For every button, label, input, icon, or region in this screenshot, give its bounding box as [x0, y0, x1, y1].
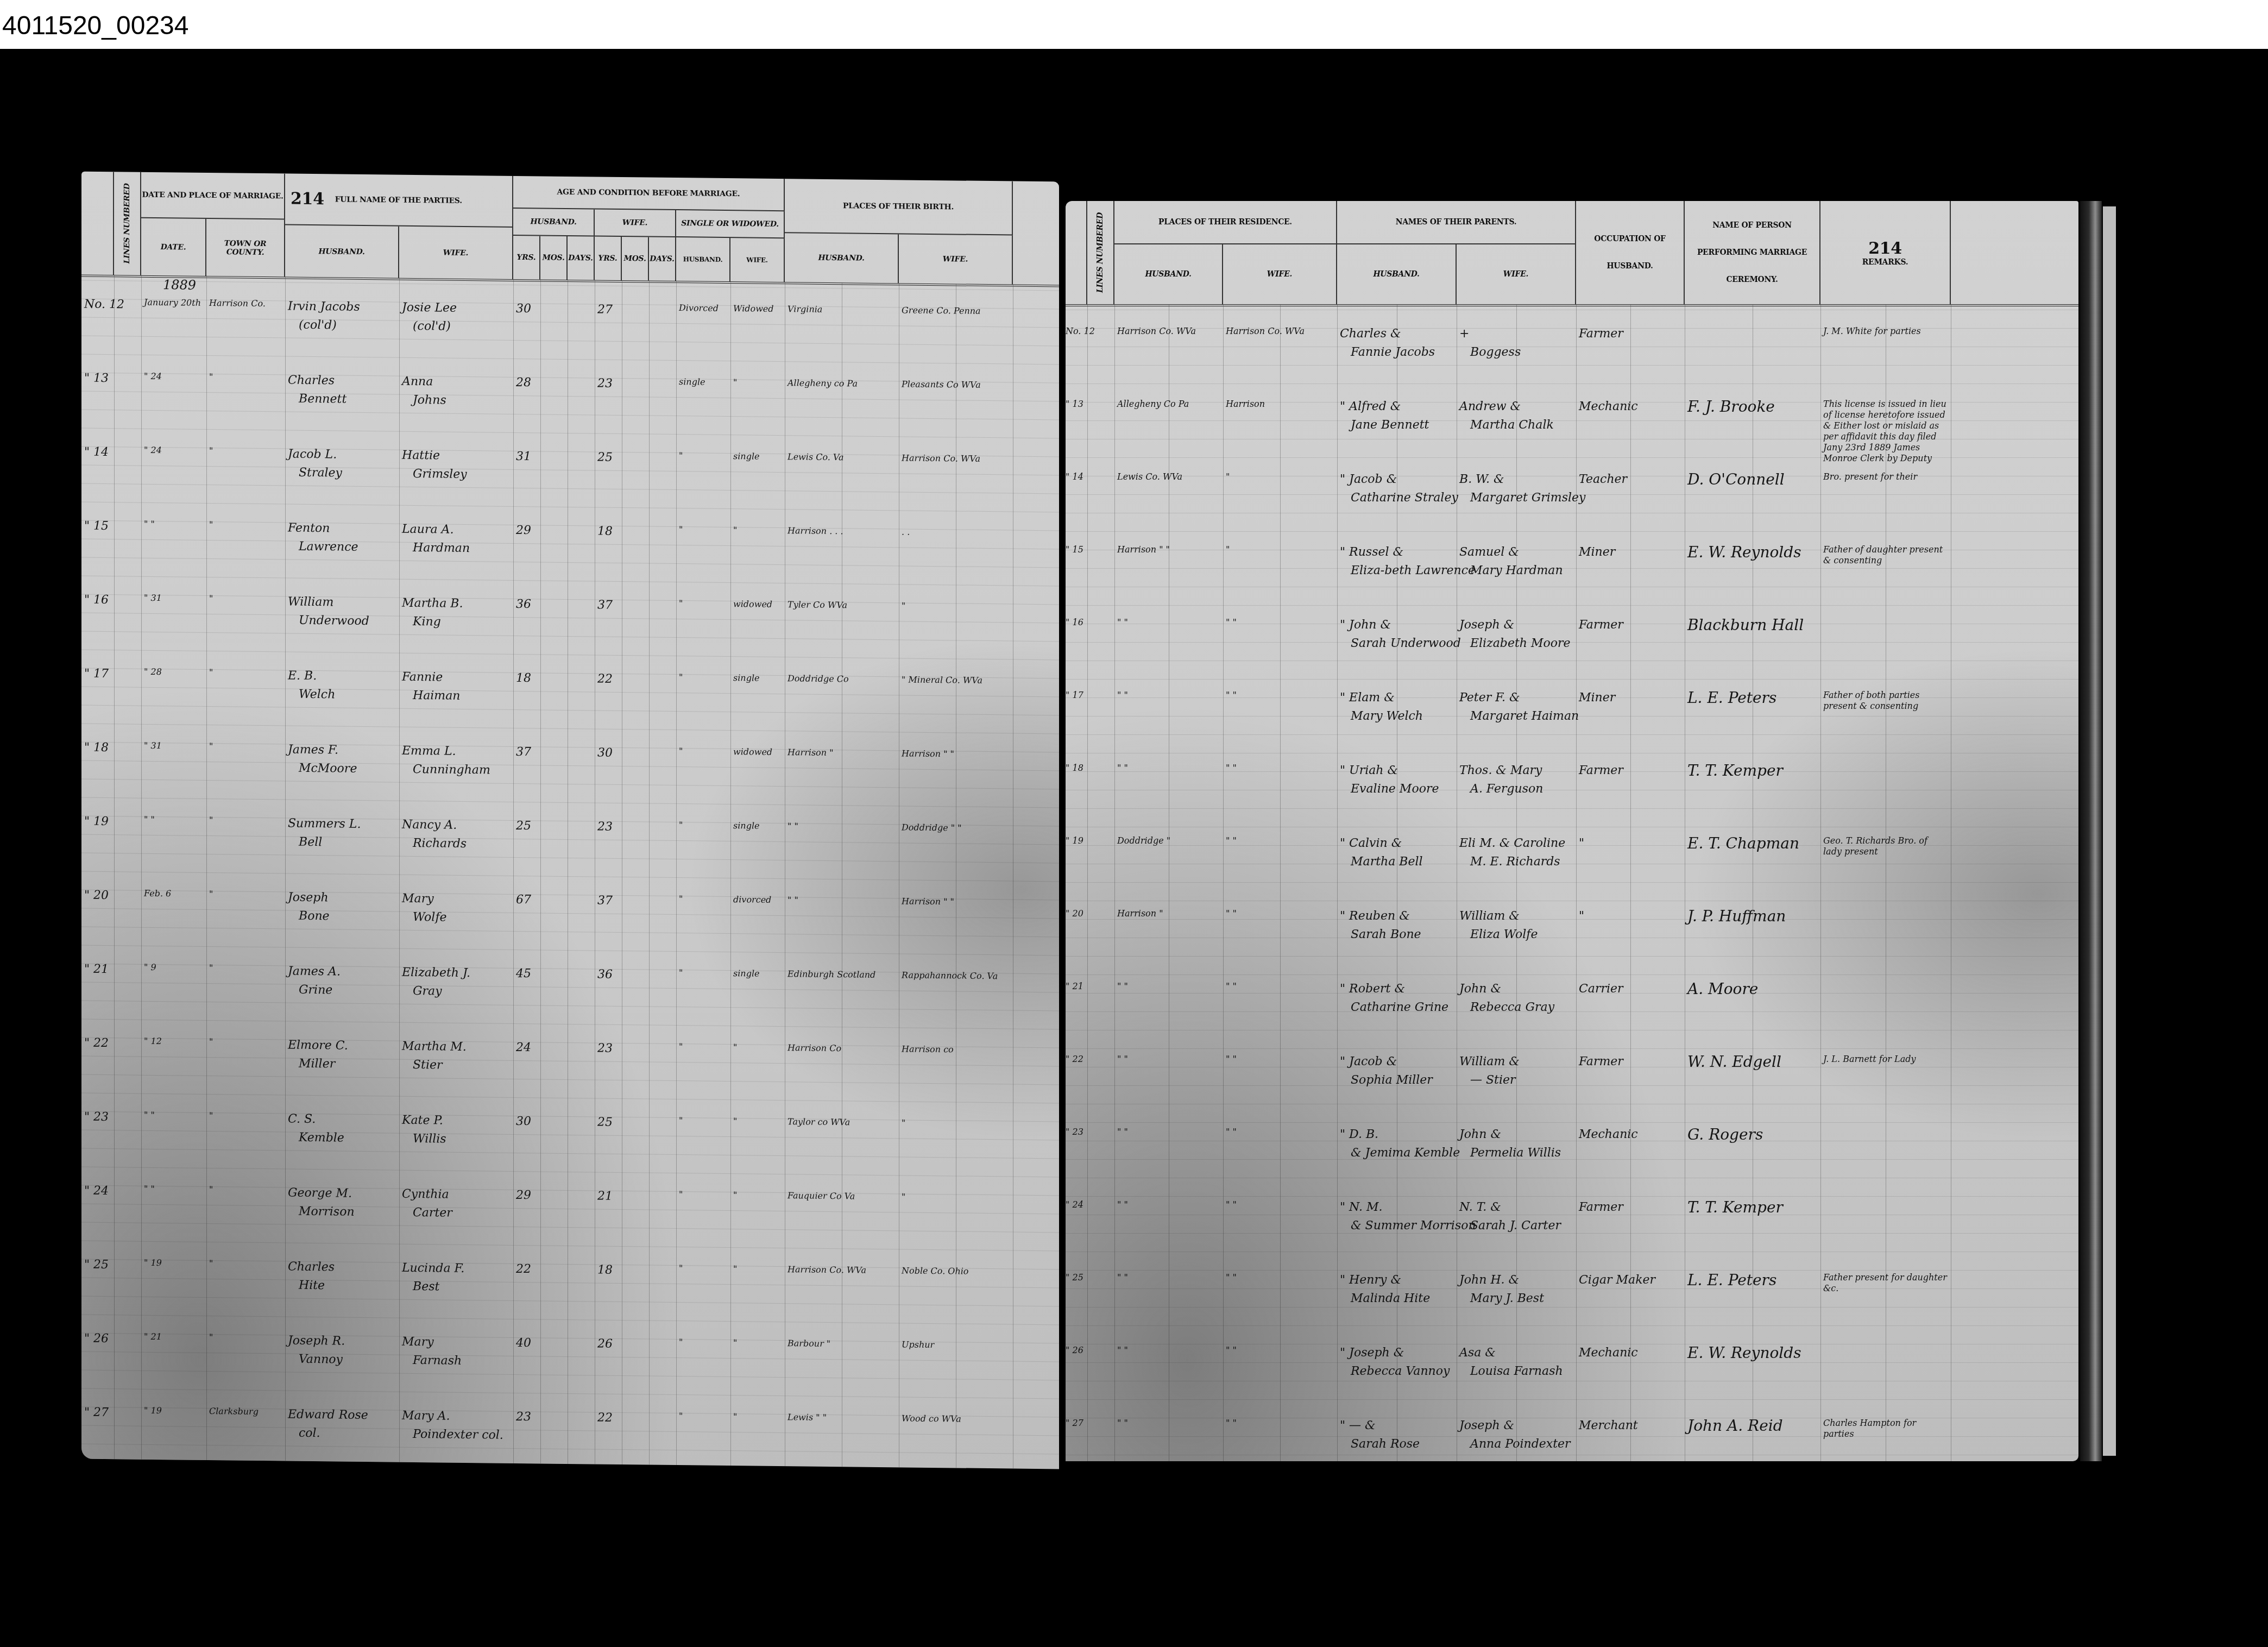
- husband-residence: " ": [1117, 763, 1128, 774]
- husband-parents: " Jacob &: [1340, 472, 1397, 488]
- officiant-name: L. E. Peters: [1687, 690, 1776, 706]
- wife-condition: widowed: [733, 599, 772, 610]
- column-rule: [730, 281, 731, 1466]
- row-rule: [81, 539, 1059, 550]
- lines-numbered-label: Lines Numbered: [123, 183, 131, 263]
- column-rule: [1951, 304, 1951, 1461]
- column-rule: [206, 276, 207, 1460]
- wife-age: 26: [597, 1336, 613, 1353]
- wife-birthplace: Harrison co: [902, 1043, 954, 1055]
- husband-name: Morrison: [299, 1204, 355, 1221]
- husband-age: 67: [516, 892, 531, 908]
- wife-name: Johns: [413, 392, 446, 409]
- row-rule: [1066, 1048, 2078, 1049]
- row-rule: [81, 613, 1059, 624]
- wife-age: 18: [597, 524, 613, 540]
- husband-condition: ": [679, 1115, 683, 1126]
- line-number: No. 12: [84, 297, 124, 313]
- husband-residence: Harrison Co. WVa: [1117, 326, 1196, 337]
- full-name-header: Full Name of the Parties.: [335, 195, 462, 205]
- wife-birthplace: Harrison " ": [902, 748, 954, 759]
- column-rule: [1013, 285, 1013, 1469]
- wife-parents: Rebecca Gray: [1470, 999, 1554, 1016]
- husband-condition: single: [679, 376, 705, 388]
- row-rule: [81, 557, 1059, 568]
- column-rule: [1087, 304, 1088, 1461]
- officiant-header: Name of Person Performing Marriage Cerem…: [1685, 201, 1820, 304]
- husband-birthplace: " ": [787, 821, 798, 832]
- wife-age: 30: [597, 745, 613, 762]
- husband-parents: " Reuben &: [1340, 908, 1410, 925]
- wife-condition: ": [733, 1190, 737, 1200]
- row-rule: [1066, 956, 2078, 957]
- wife-birthplace: " Mineral Co. WVa: [902, 674, 982, 686]
- wife-name: King: [413, 614, 441, 631]
- remarks: Bro. present for their: [1823, 472, 1948, 482]
- page-edge: [2103, 206, 2116, 1456]
- wife-condition: divorced: [733, 894, 771, 906]
- row-rule: [81, 317, 1059, 328]
- wife-parents: John &: [1459, 981, 1501, 997]
- officiant-name: E. T. Chapman: [1687, 835, 1799, 852]
- wife-name: Mary: [402, 1334, 434, 1351]
- wife-residence: Harrison Co. WVa: [1226, 326, 1305, 337]
- husband-parents: Sarah Underwood: [1351, 636, 1461, 652]
- wife-age: 25: [597, 450, 613, 466]
- officiant-name: T. T. Kemper: [1687, 763, 1783, 779]
- line-number: " 14: [1066, 472, 1083, 482]
- husband-age: 23: [516, 1409, 531, 1425]
- husband-parents: Fannie Jacobs: [1351, 344, 1435, 361]
- wife-name: Anna: [402, 374, 433, 391]
- row-rule: [81, 502, 1059, 513]
- husband-condition: ": [679, 1337, 683, 1348]
- husband-name: Miller: [299, 1056, 335, 1073]
- husband-parents: " N. M.: [1340, 1199, 1382, 1216]
- wife-name: Lucinda F.: [402, 1260, 464, 1277]
- remarks: J. M. White for parties: [1823, 326, 1948, 337]
- wife-birthplace: Harrison Co. WVa: [902, 452, 980, 464]
- row-rule: [1066, 734, 2078, 735]
- husband-parents: " Uriah &: [1340, 763, 1398, 779]
- row-rule: [1066, 1381, 2078, 1381]
- marriage-date: " 28: [144, 667, 162, 677]
- row-rule: [1066, 347, 2078, 347]
- wife-parents: Samuel &: [1459, 544, 1519, 561]
- row-rule: [1066, 1011, 2078, 1012]
- row-rule: [81, 1056, 1059, 1067]
- wife-age: 37: [597, 598, 613, 614]
- row-rule: [1066, 790, 2078, 790]
- wife-birthplace: Greene Co. Penna: [902, 305, 981, 317]
- wife-birthplace: . .: [902, 526, 910, 537]
- column-rule: [399, 278, 400, 1462]
- column-rule: [622, 280, 622, 1464]
- husband-name: Joseph R.: [288, 1333, 345, 1350]
- line-number: " 25: [84, 1257, 109, 1273]
- row-rule: [1066, 587, 2078, 587]
- column-rule: [1685, 304, 1685, 1461]
- row-rule: [81, 1241, 1059, 1252]
- husband-residence: " ": [1117, 1127, 1128, 1137]
- row-rule: [81, 576, 1059, 587]
- wife-name: Poindexter col.: [413, 1426, 503, 1444]
- wife-name: Cynthia: [402, 1186, 449, 1203]
- wife-parents: Boggess: [1470, 344, 1521, 361]
- row-rule: [1066, 753, 2078, 753]
- row-rule: [1066, 642, 2078, 643]
- row-rule: [1066, 1104, 2078, 1104]
- husband-occupation: Farmer: [1579, 1054, 1623, 1070]
- row-rule: [81, 982, 1059, 993]
- row-rule: [1066, 901, 2078, 901]
- husband-name: Charles: [288, 373, 335, 389]
- wife-condition: ": [733, 1263, 737, 1274]
- row-rule: [1066, 310, 2078, 310]
- wife-parents: Louisa Farnash: [1470, 1363, 1563, 1380]
- husband-occupation: Farmer: [1579, 326, 1623, 342]
- wife-age: 23: [597, 376, 613, 392]
- wife-birthplace: Rappahannock Co. Va: [902, 970, 998, 982]
- wife-condition: ": [733, 377, 737, 388]
- husband-age: 30: [516, 301, 531, 317]
- wife-birthplace: Upshur: [902, 1339, 934, 1350]
- husband-birthplace: Fauquier Co Va: [787, 1190, 855, 1202]
- husband-age: 30: [516, 1114, 531, 1130]
- line-number: " 19: [1066, 835, 1083, 846]
- row-rule: [1066, 993, 2078, 994]
- row-rule: [81, 1001, 1059, 1011]
- row-rule: [81, 1185, 1059, 1196]
- husband-condition: ": [679, 820, 683, 831]
- officiant-name: G. Rogers: [1687, 1127, 1763, 1143]
- husband-condition: ": [679, 598, 683, 609]
- column-rule: [513, 279, 514, 1463]
- row-rule: [81, 1130, 1059, 1141]
- column-rule: [649, 281, 650, 1465]
- wife-condition: ": [733, 525, 737, 536]
- wife-birthplace: Pleasants Co WVa: [902, 379, 981, 391]
- row-rule: [81, 1388, 1059, 1399]
- row-rule: [81, 853, 1059, 864]
- wife-residence: " ": [1226, 1345, 1237, 1356]
- husband-parents: Martha Bell: [1351, 854, 1423, 870]
- line-number: " 13: [1066, 399, 1083, 410]
- husband-name: McMoore: [299, 760, 357, 777]
- marriage-date: Feb. 6: [144, 888, 171, 900]
- row-rule: [1066, 1344, 2078, 1344]
- husband-parents: " Calvin &: [1340, 835, 1402, 852]
- wife-residence: " ": [1226, 835, 1237, 846]
- husband-name: William: [288, 594, 333, 611]
- row-rule: [1066, 568, 2078, 569]
- husband-parents: " — &: [1340, 1418, 1376, 1434]
- marriage-date: " ": [144, 814, 155, 825]
- row-rule: [1066, 1178, 2078, 1178]
- husband-parents: Sarah Rose: [1351, 1436, 1420, 1453]
- wife-residence: ": [1226, 544, 1230, 555]
- row-rule: [1066, 882, 2078, 883]
- husband-parents: Charles &: [1340, 326, 1401, 342]
- row-rule: [81, 1315, 1059, 1325]
- husband-name: Welch: [299, 687, 335, 703]
- husband-name: Fenton: [288, 520, 330, 537]
- husband-parents: Eliza-beth Lawrence: [1351, 563, 1475, 579]
- husband-name: Kemble: [299, 1130, 344, 1147]
- marriage-place: Clarksburg: [209, 1406, 259, 1417]
- husband-name: Lawrence: [299, 539, 358, 556]
- row-rule: [81, 1111, 1059, 1122]
- row-rule: [81, 650, 1059, 661]
- husband-name: Summers L.: [288, 816, 361, 833]
- wife-parents: William &: [1459, 908, 1520, 925]
- occupation-header: Occupation of Husband.: [1576, 201, 1685, 304]
- date-place-header: Date and Place of Marriage.: [141, 172, 285, 220]
- marriage-place: ": [209, 445, 213, 456]
- wife-residence: " ": [1226, 908, 1237, 919]
- marriage-date: " 9: [144, 962, 156, 973]
- husband-birthplace: " ": [787, 895, 798, 906]
- wife-residence: " ": [1226, 690, 1237, 701]
- wife-age: 22: [597, 671, 613, 688]
- wife-parents: Elizabeth Moore: [1470, 636, 1571, 652]
- husband-condition: ": [679, 1263, 683, 1274]
- husband-occupation: Farmer: [1579, 763, 1623, 779]
- husband-parents: " Henry &: [1340, 1272, 1401, 1288]
- line-number: " 18: [1066, 763, 1083, 774]
- husband-name: Hite: [299, 1278, 325, 1294]
- husband-birthplace: Tyler Co WVa: [787, 599, 847, 611]
- row-rule: [1066, 938, 2078, 938]
- officiant-name: L. E. Peters: [1687, 1272, 1776, 1288]
- row-rule: [1066, 1196, 2078, 1197]
- wife-name: Richards: [413, 835, 467, 852]
- husband-condition: ": [679, 967, 683, 978]
- line-number: " 13: [84, 370, 109, 387]
- husband-parents: " John &: [1340, 617, 1391, 633]
- husband-age: 45: [516, 966, 531, 982]
- husband-condition: ": [679, 1189, 683, 1200]
- row-rule: [1066, 1455, 2078, 1455]
- wife-residence: " ": [1226, 763, 1237, 774]
- row-rule: [1066, 1067, 2078, 1067]
- husband-residence: " ": [1117, 1272, 1128, 1283]
- wife-name: Wolfe: [413, 909, 447, 926]
- wife-condition: single: [733, 451, 759, 462]
- column-rule: [1223, 304, 1224, 1461]
- officiant-name: D. O'Connell: [1687, 472, 1785, 488]
- marriage-place: ": [209, 963, 213, 973]
- marriage-place: ": [209, 1110, 213, 1121]
- wife-parents: Mary J. Best: [1470, 1291, 1544, 1307]
- row-rule: [81, 779, 1059, 790]
- husband-name: Jacob L.: [288, 447, 337, 463]
- wife-residence: ": [1226, 472, 1230, 482]
- row-rule: [1066, 1362, 2078, 1363]
- right-page: Lines Numbered Places of Their Residence…: [1066, 201, 2078, 1461]
- row-rule: [81, 871, 1059, 882]
- husband-parents: " Russel &: [1340, 544, 1403, 561]
- column-rule: [899, 283, 899, 1467]
- wife-condition: ": [733, 1337, 737, 1348]
- husband-birthplace: Harrison Co. WVa: [787, 1264, 866, 1276]
- wife-name: Hattie: [402, 448, 440, 464]
- row-rule: [1066, 1399, 2078, 1400]
- husband-age: 18: [516, 670, 531, 687]
- row-rule: [81, 1167, 1059, 1178]
- row-rule: [1066, 975, 2078, 975]
- husband-name: George M.: [288, 1185, 352, 1202]
- wife-parents: Margaret Haiman: [1470, 708, 1579, 725]
- line-number: " 23: [1066, 1127, 1083, 1137]
- husband-residence: Lewis Co. WVa: [1117, 472, 1182, 482]
- row-rule: [81, 1093, 1059, 1104]
- line-number: " 20: [1066, 908, 1083, 919]
- row-rule: [81, 1351, 1059, 1362]
- marriage-date: " 31: [144, 740, 162, 751]
- husband-condition: Divorced: [679, 303, 719, 314]
- husband-parents: Catharine Straley: [1351, 490, 1458, 506]
- wife-parents: Joseph &: [1459, 617, 1514, 633]
- husband-birthplace: Lewis " ": [787, 1412, 827, 1423]
- column-rule: [676, 281, 677, 1465]
- wife-residence: " ": [1226, 1272, 1237, 1283]
- husband-name: Bell: [299, 834, 322, 851]
- husband-birthplace: Harrison . . .: [787, 525, 843, 537]
- remarks: This license is issued in lieu of licens…: [1823, 399, 1948, 464]
- row-rule: [81, 1296, 1059, 1307]
- row-rule: [1066, 1307, 2078, 1307]
- husband-residence: Allegheny Co Pa: [1117, 399, 1189, 410]
- husband-occupation: Miner: [1579, 690, 1615, 706]
- line-number: " 22: [1066, 1054, 1083, 1065]
- row-rule: [81, 520, 1059, 531]
- line-number: " 21: [1066, 981, 1083, 992]
- row-rule: [1066, 771, 2078, 772]
- wife-parents: +: [1459, 326, 1469, 342]
- husband-name: Edward Rose: [288, 1407, 368, 1424]
- row-rule: [81, 797, 1059, 808]
- line-number: " 16: [84, 592, 109, 608]
- line-number: " 16: [1066, 617, 1083, 628]
- wife-name: Haiman: [413, 688, 460, 705]
- column-rule: [141, 275, 142, 1460]
- row-rule: [81, 1074, 1059, 1085]
- wife-residence: " ": [1226, 1418, 1237, 1429]
- row-rule: [81, 1222, 1059, 1233]
- wife-parents: John &: [1459, 1127, 1501, 1143]
- places-birth-header: Places of Their Birth.: [785, 179, 1013, 235]
- book-spine: [2080, 201, 2102, 1461]
- remarks: Geo. T. Richards Bro. of lady present: [1823, 835, 1948, 857]
- husband-residence: " ": [1117, 1418, 1128, 1429]
- husband-parents: Rebecca Vannoy: [1351, 1363, 1450, 1380]
- wife-birthplace: ": [902, 600, 905, 611]
- husband-parents: " Joseph &: [1340, 1345, 1404, 1361]
- husband-birthplace: Barbour ": [787, 1338, 830, 1349]
- row-rule: [1066, 605, 2078, 606]
- husband-name: James A.: [288, 964, 341, 980]
- husband-residence: " ": [1117, 981, 1128, 992]
- husband-condition: ": [679, 672, 683, 683]
- row-rule: [1066, 808, 2078, 809]
- wife-age: 21: [597, 1189, 613, 1205]
- husband-name: Elmore C.: [288, 1038, 348, 1054]
- line-number: No. 12: [1066, 326, 1095, 337]
- husband-name: Bennett: [299, 391, 346, 408]
- marriage-place: ": [209, 372, 213, 382]
- wife-condition: single: [733, 672, 759, 684]
- husband-residence: " ": [1117, 617, 1128, 628]
- row-rule: [81, 428, 1059, 439]
- husband-birthplace: Edinburgh Scotland: [787, 969, 875, 980]
- husband-parents: Evaline Moore: [1351, 781, 1439, 797]
- husband-residence: Doddridge ": [1117, 835, 1170, 846]
- husband-parents: & Jemima Kemble: [1351, 1145, 1460, 1161]
- wife-parents: Mary Hardman: [1470, 563, 1563, 579]
- marriage-place: ": [209, 815, 213, 826]
- line-number: " 20: [84, 888, 109, 904]
- row-rule: [81, 945, 1059, 956]
- officiant-name: A. Moore: [1687, 981, 1758, 997]
- wife-condition: ": [733, 1042, 737, 1053]
- wife-parents: John H. &: [1459, 1272, 1519, 1288]
- line-number: " 26: [1066, 1345, 1083, 1356]
- wife-name: Josie Lee: [402, 300, 457, 317]
- wife-parents: N. T. &: [1459, 1199, 1501, 1216]
- husband-parents: " Jacob &: [1340, 1054, 1397, 1070]
- husband-occupation: Farmer: [1579, 1199, 1623, 1216]
- officiant-name: John A. Reid: [1687, 1418, 1783, 1434]
- husband-name: C. S.: [288, 1111, 316, 1128]
- marriage-place: ": [209, 889, 213, 900]
- husband-name: James F.: [288, 742, 338, 759]
- husband-parents: Mary Welch: [1351, 708, 1423, 725]
- wife-age: 36: [597, 967, 613, 983]
- wife-name: Nancy A.: [402, 817, 457, 834]
- marriage-place: ": [209, 667, 213, 678]
- husband-age: 40: [516, 1335, 531, 1351]
- wife-name: Fannie: [402, 669, 443, 686]
- row-rule: [81, 724, 1059, 734]
- marriage-date: " 24: [144, 445, 162, 456]
- wife-parents: Sarah J. Carter: [1470, 1218, 1561, 1234]
- line-number: " 27: [1066, 1418, 1083, 1429]
- husband-condition: ": [679, 1041, 683, 1052]
- marriage-place: ": [209, 741, 213, 752]
- line-number: " 24: [84, 1183, 109, 1199]
- wife-name: Martha B.: [402, 595, 463, 612]
- row-rule: [81, 354, 1059, 365]
- row-rule: [1066, 1215, 2078, 1215]
- husband-parents: Jane Bennett: [1351, 417, 1429, 433]
- column-rule: [568, 280, 568, 1464]
- husband-age: 22: [516, 1261, 531, 1278]
- husband-name: E. B.: [288, 668, 317, 685]
- wife-parents: Eliza Wolfe: [1470, 927, 1538, 943]
- husband-occupation: Mechanic: [1579, 1345, 1638, 1361]
- line-number: " 22: [84, 1035, 109, 1052]
- marriage-place: ": [209, 1036, 213, 1047]
- row-rule: [81, 927, 1059, 938]
- wife-condition: single: [733, 968, 759, 979]
- remarks: Father of both parties present & consent…: [1823, 690, 1948, 712]
- wife-parents: William &: [1459, 1054, 1520, 1070]
- marriage-date: " 19: [144, 1258, 162, 1268]
- marriage-date: " 24: [144, 371, 162, 382]
- wife-birthplace: ": [902, 1191, 905, 1202]
- column-rule: [1457, 304, 1457, 1461]
